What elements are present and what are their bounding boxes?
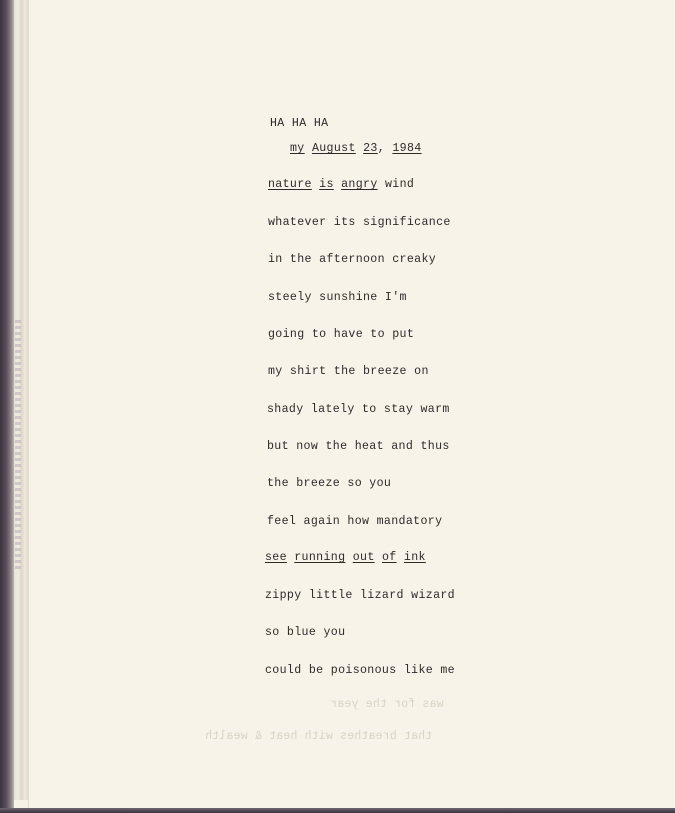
poem-line: see running out of ink bbox=[265, 551, 426, 564]
poem-line: could be poisonous like me bbox=[265, 664, 455, 677]
underlined-word: 1984 bbox=[392, 142, 421, 155]
poem-line: steely sunshine I'm bbox=[268, 291, 407, 304]
poem-text: wind bbox=[378, 178, 415, 191]
underlined-word: ink bbox=[404, 551, 426, 564]
underlined-word: 23 bbox=[363, 142, 378, 155]
poem-text: , bbox=[378, 142, 393, 155]
poem-line: the breeze so you bbox=[267, 477, 391, 490]
underlined-word: angry bbox=[341, 178, 378, 191]
poem-line: so blue you bbox=[265, 626, 345, 639]
poem-text bbox=[397, 551, 404, 564]
poem-title: HA HA HA bbox=[270, 117, 328, 130]
poem-text bbox=[334, 178, 341, 191]
underlined-word: running bbox=[294, 551, 345, 564]
poem-line: whatever its significance bbox=[268, 216, 451, 229]
poem-text bbox=[305, 142, 312, 155]
poem-text: but now the heat and thus bbox=[267, 440, 450, 453]
poem-line: shady lately to stay warm bbox=[267, 403, 450, 416]
underlined-word: of bbox=[382, 551, 397, 564]
poem-text: so blue you bbox=[265, 626, 345, 639]
underlined-word: nature bbox=[268, 178, 312, 191]
underlined-word: August bbox=[312, 142, 356, 155]
poem-text: steely sunshine I'm bbox=[268, 291, 407, 304]
poem-line: my August 23, 1984 bbox=[290, 142, 422, 155]
scan-bottom-edge bbox=[0, 808, 675, 813]
poem-text bbox=[356, 142, 363, 155]
poem-text: whatever its significance bbox=[268, 216, 451, 229]
poem-line: in the afternoon creaky bbox=[268, 253, 436, 266]
poem-line: my shirt the breeze on bbox=[268, 365, 429, 378]
poem-line: nature is angry wind bbox=[268, 178, 414, 191]
poem-line: but now the heat and thus bbox=[267, 440, 450, 453]
poem-line: feel again how mandatory bbox=[267, 515, 442, 528]
poem-text bbox=[375, 551, 382, 564]
underlined-word: is bbox=[319, 178, 334, 191]
underlined-word: out bbox=[353, 551, 375, 564]
poem-text: my shirt the breeze on bbox=[268, 365, 429, 378]
poem: HA HA HA my August 23, 1984nature is ang… bbox=[0, 0, 675, 813]
poem-text: shady lately to stay warm bbox=[267, 403, 450, 416]
poem-text: could be poisonous like me bbox=[265, 664, 455, 677]
poem-text: zippy little lizard wizard bbox=[265, 589, 455, 602]
underlined-word: see bbox=[265, 551, 287, 564]
poem-text bbox=[345, 551, 352, 564]
poem-text: going to have to put bbox=[268, 328, 414, 341]
poem-line: going to have to put bbox=[268, 328, 414, 341]
poem-text: in the afternoon creaky bbox=[268, 253, 436, 266]
poem-line: zippy little lizard wizard bbox=[265, 589, 455, 602]
underlined-word: my bbox=[290, 142, 305, 155]
poem-text: the breeze so you bbox=[267, 477, 391, 490]
poem-text: feel again how mandatory bbox=[267, 515, 442, 528]
